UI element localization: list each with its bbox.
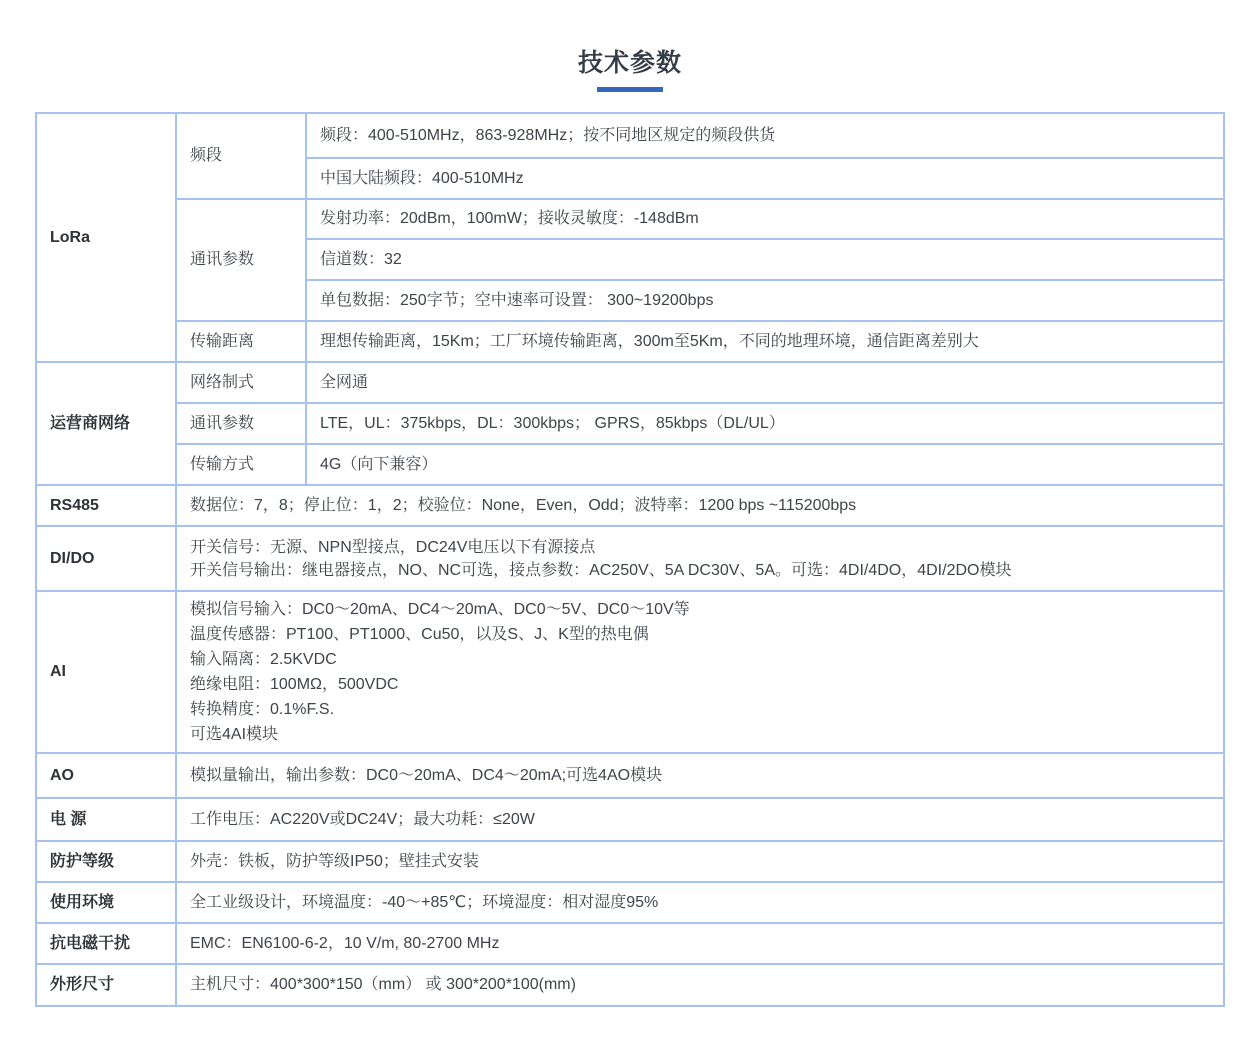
row-protection: 防护等级 外壳：铁板，防护等级IP50；壁挂式安装 <box>36 841 1224 882</box>
value-cell-lora-distance: 理想传输距离，15Km；工厂环境传输距离，300m至5Km，不同的地理环境，通信… <box>306 321 1224 362</box>
subcategory-cell-carrier-mode: 网络制式 <box>176 362 306 403</box>
row-carrier-comm: 通讯参数 LTE，UL：375kbps，DL：300kbps； GPRS，85k… <box>36 403 1224 444</box>
value-cell-rs485: 数据位：7，8；停止位：1，2；校验位：None，Even，Odd；波特率：12… <box>176 485 1224 526</box>
category-cell-protection: 防护等级 <box>36 841 176 882</box>
row-environment: 使用环境 全工业级设计，环境温度：-40～+85℃；环境湿度：相对湿度95% <box>36 882 1224 923</box>
row-dido: DI/DO 开关信号：无源、NPN型接点，DC24V电压以下有源接点 开关信号输… <box>36 526 1224 591</box>
value-cell-carrier-trans: 4G（向下兼容） <box>306 444 1224 485</box>
value-cell-lora-freq-1: 频段：400-510MHz，863-928MHz；按不同地区规定的频段供货 <box>306 113 1224 158</box>
value-cell-lora-comm-1: 发射功率：20dBm，100mW；接收灵敏度：-148dBm <box>306 199 1224 239</box>
value-cell-protection: 外壳：铁板，防护等级IP50；壁挂式安装 <box>176 841 1224 882</box>
subcategory-cell-lora-freq: 频段 <box>176 113 306 199</box>
subcategory-cell-carrier-trans: 传输方式 <box>176 444 306 485</box>
category-cell-ao: AO <box>36 753 176 798</box>
category-cell-environment: 使用环境 <box>36 882 176 923</box>
row-carrier-mode: 运营商网络 网络制式 全网通 <box>36 362 1224 403</box>
row-emc: 抗电磁干扰 EMC：EN6100-6-2，10 V/m, 80-2700 MHz <box>36 923 1224 964</box>
value-cell-dimensions: 主机尺寸：400*300*150（mm） 或 300*200*100(mm) <box>176 964 1224 1006</box>
value-cell-emc: EMC：EN6100-6-2，10 V/m, 80-2700 MHz <box>176 923 1224 964</box>
value-cell-carrier-comm: LTE，UL：375kbps，DL：300kbps； GPRS，85kbps（D… <box>306 403 1224 444</box>
ai-line-2: 温度传感器：PT100、PT1000、Cu50，以及S、J、K型的热电偶 <box>190 622 1213 647</box>
category-cell-lora: LoRa <box>36 113 176 362</box>
ai-line-5: 转换精度：0.1%F.S. <box>190 697 1213 722</box>
category-cell-carrier: 运营商网络 <box>36 362 176 485</box>
ai-line-3: 输入隔离：2.5KVDC <box>190 647 1213 672</box>
category-cell-dido: DI/DO <box>36 526 176 591</box>
row-ao: AO 模拟量输出，输出参数：DC0～20mA、DC4～20mA;可选4AO模块 <box>36 753 1224 798</box>
row-dimensions: 外形尺寸 主机尺寸：400*300*150（mm） 或 300*200*100(… <box>36 964 1224 1006</box>
value-cell-ai: 模拟信号输入：DC0～20mA、DC4～20mA、DC0～5V、DC0～10V等… <box>176 591 1224 753</box>
row-carrier-trans: 传输方式 4G（向下兼容） <box>36 444 1224 485</box>
category-cell-dimensions: 外形尺寸 <box>36 964 176 1006</box>
category-cell-power: 电 源 <box>36 798 176 841</box>
subcategory-cell-lora-distance: 传输距离 <box>176 321 306 362</box>
dido-line-1: 开关信号：无源、NPN型接点，DC24V电压以下有源接点 <box>190 536 1213 559</box>
page-title: 技术参数 <box>0 0 1260 80</box>
row-lora-freq-1: LoRa 频段 频段：400-510MHz，863-928MHz；按不同地区规定… <box>36 113 1224 158</box>
row-rs485: RS485 数据位：7，8；停止位：1，2；校验位：None，Even，Odd；… <box>36 485 1224 526</box>
row-lora-comm-1: 通讯参数 发射功率：20dBm，100mW；接收灵敏度：-148dBm <box>36 199 1224 239</box>
row-lora-distance: 传输距离 理想传输距离，15Km；工厂环境传输距离，300m至5Km，不同的地理… <box>36 321 1224 362</box>
spec-table: LoRa 频段 频段：400-510MHz，863-928MHz；按不同地区规定… <box>35 112 1225 1007</box>
row-ai: AI 模拟信号输入：DC0～20mA、DC4～20mA、DC0～5V、DC0～1… <box>36 591 1224 753</box>
value-cell-ao: 模拟量输出，输出参数：DC0～20mA、DC4～20mA;可选4AO模块 <box>176 753 1224 798</box>
ai-line-1: 模拟信号输入：DC0～20mA、DC4～20mA、DC0～5V、DC0～10V等 <box>190 597 1213 622</box>
category-cell-rs485: RS485 <box>36 485 176 526</box>
title-underline <box>597 87 663 92</box>
row-power: 电 源 工作电压：AC220V或DC24V；最大功耗：≤20W <box>36 798 1224 841</box>
ai-line-4: 绝缘电阻：100MΩ，500VDC <box>190 672 1213 697</box>
dido-line-2: 开关信号输出：继电器接点，NO、NC可选，接点参数：AC250V、5A DC30… <box>190 559 1213 582</box>
value-cell-carrier-mode: 全网通 <box>306 362 1224 403</box>
value-cell-lora-comm-3: 单包数据：250字节；空中速率可设置： 300~19200bps <box>306 280 1224 321</box>
value-cell-lora-freq-2: 中国大陆频段：400-510MHz <box>306 158 1224 199</box>
value-cell-power: 工作电压：AC220V或DC24V；最大功耗：≤20W <box>176 798 1224 841</box>
value-cell-dido: 开关信号：无源、NPN型接点，DC24V电压以下有源接点 开关信号输出：继电器接… <box>176 526 1224 591</box>
subcategory-cell-lora-comm: 通讯参数 <box>176 199 306 321</box>
value-cell-lora-comm-2: 信道数：32 <box>306 239 1224 280</box>
category-cell-ai: AI <box>36 591 176 753</box>
category-cell-emc: 抗电磁干扰 <box>36 923 176 964</box>
ai-line-6: 可选4AI模块 <box>190 722 1213 747</box>
value-cell-environment: 全工业级设计，环境温度：-40～+85℃；环境湿度：相对湿度95% <box>176 882 1224 923</box>
subcategory-cell-carrier-comm: 通讯参数 <box>176 403 306 444</box>
